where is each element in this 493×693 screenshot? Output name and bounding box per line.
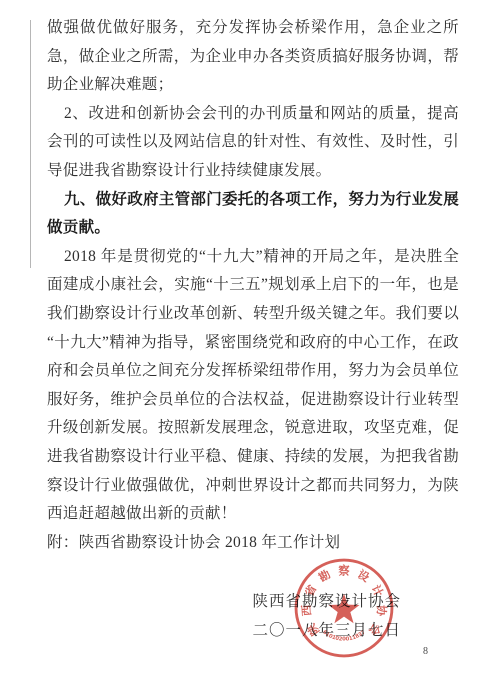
paragraph-item-2: 2、改进和创新协会会刊的办刊质量和网站的质量，提高会刊的可读性以及网站信息的针对… bbox=[47, 100, 459, 186]
svg-text:勘: 勘 bbox=[316, 566, 334, 584]
page-number: 8 bbox=[423, 646, 428, 657]
document-body: 做强做优做好服务，充分发挥协会桥梁作用，急企业之所急，做企业之所需，为企业申办各… bbox=[47, 14, 459, 557]
section-heading-nine: 九、做好政府主管部门委托的各项工作，努力为行业发展做贡献。 bbox=[47, 186, 459, 243]
svg-text:设: 设 bbox=[355, 567, 373, 585]
paragraph-2018-outlook: 2018 年是贯彻党的“十九大”精神的开局之年，是决胜全面建成小康社会，实施“十… bbox=[47, 243, 459, 529]
seal-star-icon bbox=[328, 594, 359, 623]
svg-text:省: 省 bbox=[302, 582, 320, 599]
scan-artifact-line bbox=[30, 20, 31, 268]
attachment-line: 附：陕西省勘察设计协会 2018 年工作计划 bbox=[47, 529, 459, 558]
official-seal: 陕西省勘察设计协会 6101020011837 bbox=[293, 557, 395, 659]
svg-text:西: 西 bbox=[299, 604, 314, 617]
seal-serial: 6101020011837 bbox=[321, 629, 367, 642]
document-page: 做强做优做好服务，充分发挥协会桥梁作用，急企业之所急，做企业之所需，为企业申办各… bbox=[0, 0, 493, 693]
svg-text:计: 计 bbox=[369, 582, 387, 599]
svg-text:察: 察 bbox=[338, 563, 350, 577]
paragraph-continuation: 做强做优做好服务，充分发挥协会桥梁作用，急企业之所急，做企业之所需，为企业申办各… bbox=[47, 14, 459, 100]
svg-text:协: 协 bbox=[374, 604, 389, 617]
